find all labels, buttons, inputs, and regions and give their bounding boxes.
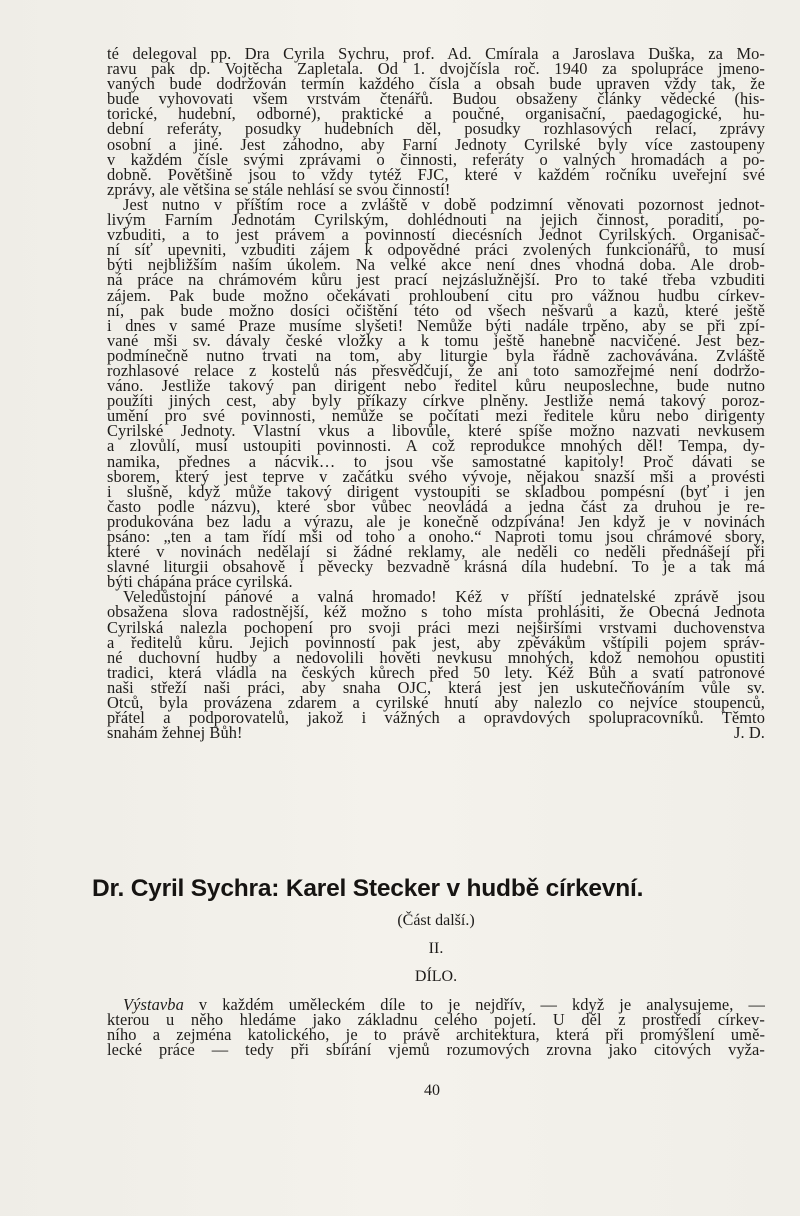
- paragraph-closing-appeal: Veledůstojní pánové a valná hromado! Kéž…: [107, 589, 765, 740]
- signature: J. D.: [734, 725, 765, 740]
- paragraph-publication-plan: té delegoval pp. Dra Cyrila Sychru, prof…: [107, 46, 765, 197]
- text-line: snahám žehnej Bůh!J. D.: [107, 725, 765, 740]
- section-title: DÍLO.: [36, 968, 800, 986]
- paragraph-cyril-work: Jest nutno v příštím roce a zvláště v do…: [107, 197, 765, 589]
- document-page: té delegoval pp. Dra Cyrila Sychru, prof…: [0, 0, 800, 1216]
- article-title: Dr. Cyril Sychra: Karel Stecker v hudbě …: [92, 875, 712, 903]
- section-number: II.: [36, 940, 800, 958]
- article-body: Výstavba v každém uměleckém díle to je n…: [107, 997, 765, 1057]
- report-text: té delegoval pp. Dra Cyrila Sychru, prof…: [107, 46, 765, 740]
- page-number: 40: [0, 1082, 800, 1100]
- text-line: lecké práce — tedy při sbírání vjemů roz…: [107, 1042, 765, 1057]
- article-subtitle: (Část další.): [36, 912, 800, 930]
